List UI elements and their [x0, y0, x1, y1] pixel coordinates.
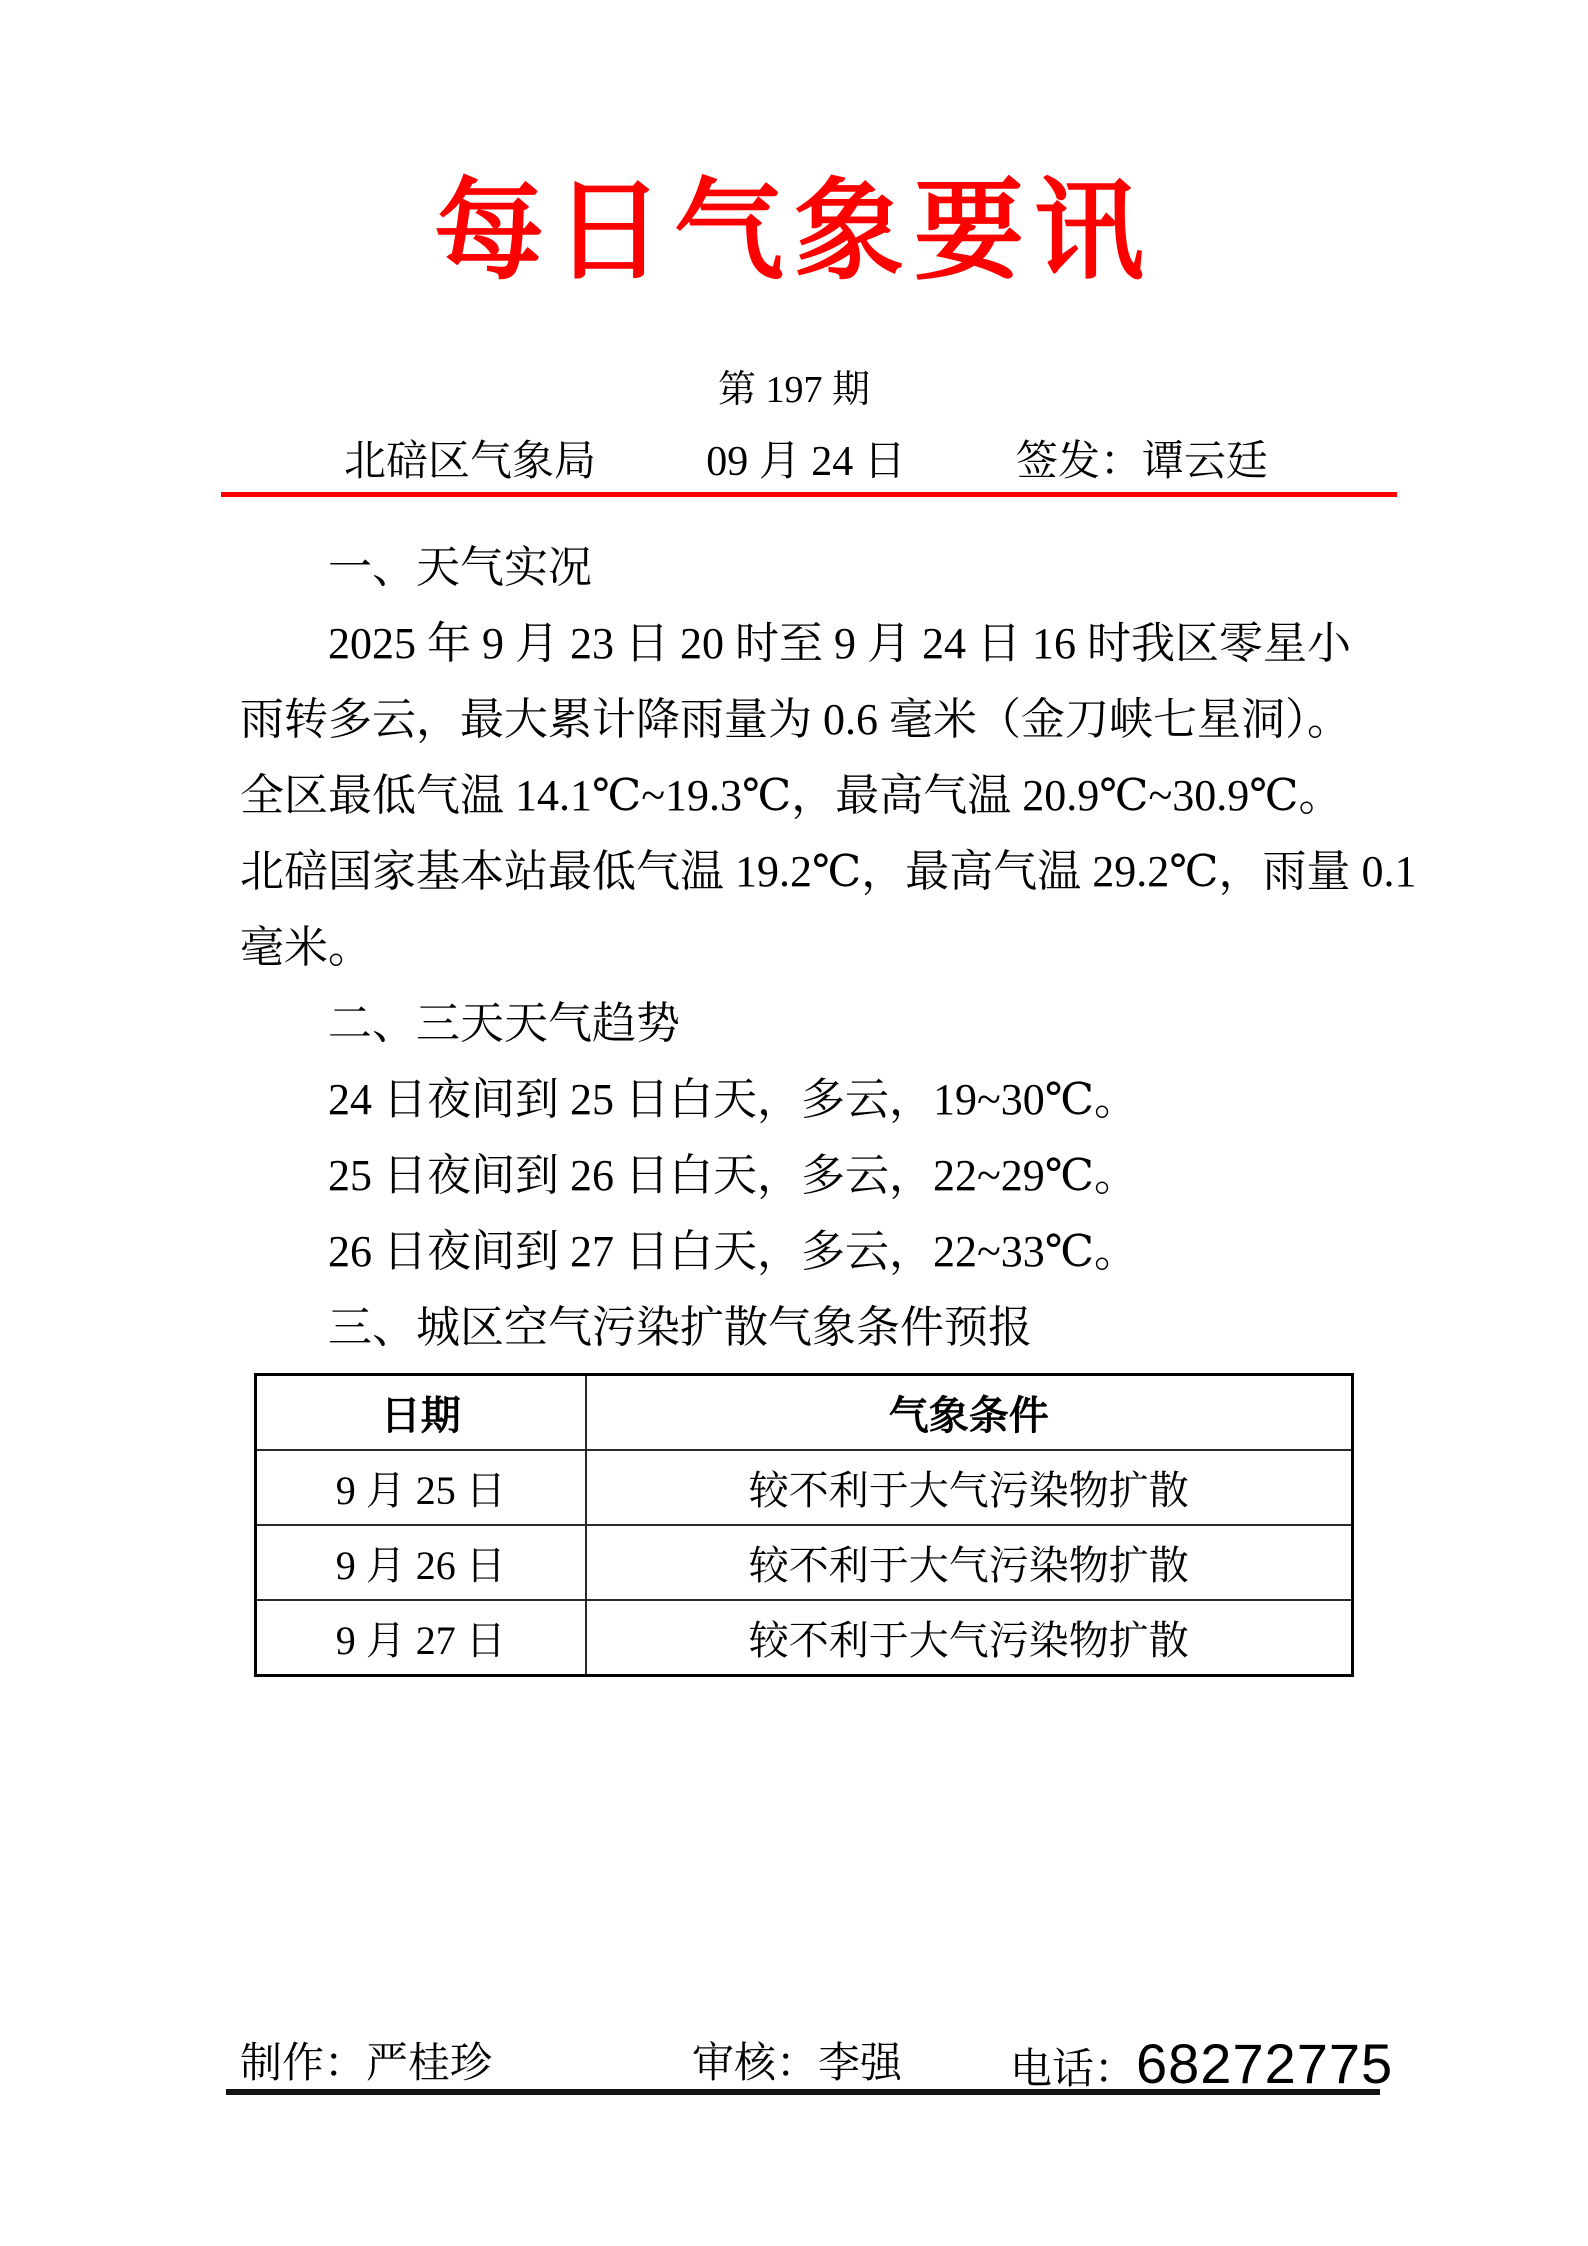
masthead-row: 北碚区气象局 09 月 24 日 签发：谭云廷	[344, 434, 1268, 490]
bulletin-page: 每日气象要讯 第 197 期 北碚区气象局 09 月 24 日 签发：谭云廷 一…	[0, 0, 1588, 2246]
footer-producer: 制作：严桂珍	[240, 2038, 492, 2090]
section-3-heading: 三、城区空气污染扩散气象条件预报	[240, 1290, 1355, 1366]
signer: 签发：谭云廷	[1016, 434, 1268, 490]
weather-report-line: 毫米。	[240, 910, 1355, 986]
cell-date: 9 月 25 日	[256, 1450, 586, 1525]
cell-condition: 较不利于大气污染物扩散	[586, 1600, 1353, 1676]
issue-date: 09 月 24 日	[706, 434, 906, 490]
weather-report-line: 全区最低气温 14.1℃~19.3℃，最高气温 20.9℃~30.9℃。	[240, 758, 1355, 834]
phone-label: 电话：	[1010, 2047, 1136, 2093]
table-row: 9 月 25 日 较不利于大气污染物扩散	[256, 1450, 1353, 1525]
cell-condition: 较不利于大气污染物扩散	[586, 1450, 1353, 1525]
issue-number: 第 197 期	[0, 366, 1588, 414]
red-divider-rule	[221, 492, 1397, 497]
page-title: 每日气象要讯	[0, 175, 1588, 290]
weather-report-line: 北碚国家基本站最低气温 19.2℃，最高气温 29.2℃，雨量 0.1	[240, 834, 1355, 910]
cell-date: 9 月 26 日	[256, 1525, 586, 1600]
footer-reviewer: 审核：李强	[692, 2038, 902, 2090]
weather-report-line: 雨转多云，最大累计降雨量为 0.6 毫米（金刀峡七星洞）。	[240, 682, 1355, 758]
section-1-heading: 一、天气实况	[240, 530, 1355, 606]
phone-number: 68272775	[1136, 2032, 1393, 2095]
forecast-line: 25 日夜间到 26 日白天，多云，22~29℃。	[240, 1138, 1355, 1214]
agency-name: 北碚区气象局	[344, 434, 596, 490]
air-quality-forecast-table: 日期 气象条件 9 月 25 日 较不利于大气污染物扩散 9 月 26 日 较不…	[254, 1373, 1354, 1677]
column-header-date: 日期	[256, 1375, 586, 1451]
forecast-line: 26 日夜间到 27 日白天，多云，22~33℃。	[240, 1214, 1355, 1290]
forecast-line: 24 日夜间到 25 日白天，多云，19~30℃。	[240, 1062, 1355, 1138]
footer-phone: 电话：68272775	[1010, 2038, 1393, 2096]
bottom-rule	[226, 2089, 1380, 2095]
cell-condition: 较不利于大气污染物扩散	[586, 1525, 1353, 1600]
weather-report-line: 2025 年 9 月 23 日 20 时至 9 月 24 日 16 时我区零星小	[240, 606, 1355, 682]
table-header-row: 日期 气象条件	[256, 1375, 1353, 1451]
document-body: 一、天气实况 2025 年 9 月 23 日 20 时至 9 月 24 日 16…	[240, 530, 1355, 1366]
table-row: 9 月 26 日 较不利于大气污染物扩散	[256, 1525, 1353, 1600]
section-2-heading: 二、三天天气趋势	[240, 986, 1355, 1062]
table-row: 9 月 27 日 较不利于大气污染物扩散	[256, 1600, 1353, 1676]
cell-date: 9 月 27 日	[256, 1600, 586, 1676]
column-header-condition: 气象条件	[586, 1375, 1353, 1451]
